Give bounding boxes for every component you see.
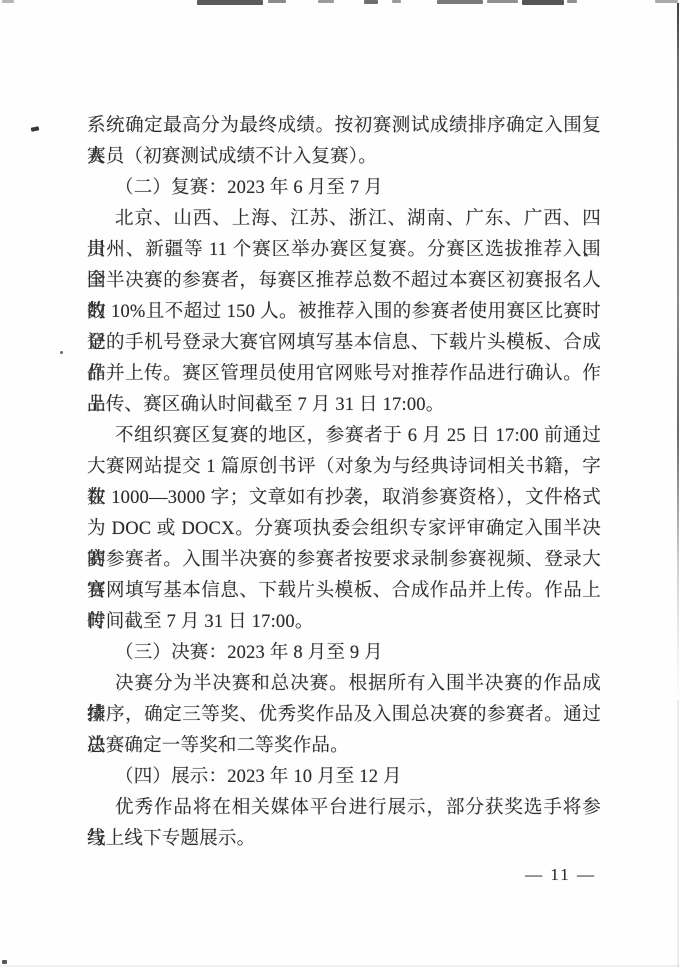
scan-artifact-top-smudge bbox=[2, 0, 14, 3]
text-line: 北京、山西、上海、江苏、浙江、湖南、广东、广西、四川、 bbox=[87, 204, 601, 235]
scan-artifact-right-edge-line bbox=[677, 700, 679, 967]
scan-artifact-ink-speck bbox=[2, 960, 7, 964]
page-number: — 11 — bbox=[525, 862, 596, 888]
text-line: 系统确定最高分为最终成绩。按初赛测试成绩排序确定入围复赛 bbox=[87, 111, 601, 142]
scan-artifact-top-smudge bbox=[318, 0, 334, 3]
scan-artifact-top-smudge bbox=[487, 0, 518, 3]
text-line: 的参赛者。入围半决赛的参赛者按要求录制参赛视频、登录大赛 bbox=[87, 545, 601, 576]
scan-artifact-right-edge-line bbox=[677, 3, 679, 703]
text-line: 决赛确定一等奖和二等奖作品。 bbox=[87, 731, 601, 762]
scan-artifact-top-smudge bbox=[522, 0, 564, 5]
text-line: 决赛分为半决赛和总决赛。根据所有入围半决赛的作品成绩 bbox=[87, 669, 601, 700]
scan-artifact-top-smudge bbox=[268, 0, 286, 3]
text-line: 贵州、新疆等 11 个赛区举办赛区复赛。分赛区选拔推荐入围全 bbox=[87, 235, 601, 266]
text-line: 大赛网站提交 1 篇原创书评（对象为与经典诗词相关书籍，字数 bbox=[87, 452, 601, 483]
text-block: 系统确定最高分为最终成绩。按初赛测试成绩排序确定入围复赛人员（初赛测试成绩不计入… bbox=[87, 111, 601, 855]
document-page: 系统确定最高分为最终成绩。按初赛测试成绩排序确定入围复赛人员（初赛测试成绩不计入… bbox=[0, 0, 680, 967]
scan-artifact-top-smudge bbox=[567, 0, 577, 3]
text-line: 官网填写基本信息、下载片头模板、合成作品并上传。作品上传 bbox=[87, 576, 601, 607]
text-line: 不组织赛区复赛的地区，参赛者于 6 月 25 日 17:00 前通过 bbox=[87, 421, 601, 452]
text-line: 排序，确定三等奖、优秀奖作品及入围总决赛的参赛者。通过总 bbox=[87, 700, 601, 731]
scan-artifact-top-smudge bbox=[655, 0, 678, 3]
scan-artifact-top-smudge bbox=[364, 0, 378, 4]
text-line: 线上线下专题展示。 bbox=[87, 824, 601, 855]
text-line: （二）复赛：2023 年 6 月至 7 月 bbox=[87, 173, 601, 204]
text-line: 记的手机号登录大赛官网填写基本信息、下载片头模板、合成作 bbox=[87, 328, 601, 359]
text-line: 在 1000—3000 字；文章如有抄袭，取消参赛资格），文件格式 bbox=[87, 483, 601, 514]
text-line: 优秀作品将在相关媒体平台进行展示，部分获奖选手将参与 bbox=[87, 793, 601, 824]
text-line: 国半决赛的参赛者，每赛区推荐总数不超过本赛区初赛报名人数 bbox=[87, 266, 601, 297]
text-line: 为 DOC 或 DOCX。分赛项执委会组织专家评审确定入围半决赛 bbox=[87, 514, 601, 545]
text-line: 上传、赛区确认时间截至 7 月 31 日 17:00。 bbox=[87, 390, 601, 421]
scan-artifact-ink-speck bbox=[60, 351, 63, 354]
text-line: （三）决赛：2023 年 8 月至 9 月 bbox=[87, 638, 601, 669]
scan-artifact-ink-mark bbox=[31, 126, 40, 132]
text-line: 品并上传。赛区管理员使用官网账号对推荐作品进行确认。作品 bbox=[87, 359, 601, 390]
scan-artifact-top-smudge bbox=[197, 0, 263, 5]
text-line: 的 10%且不超过 150 人。被推荐入围的参赛者使用赛区比赛时登 bbox=[87, 297, 601, 328]
scan-artifact-top-smudge bbox=[437, 0, 483, 4]
text-line: 人员（初赛测试成绩不计入复赛）。 bbox=[87, 142, 601, 173]
scan-artifact-top-smudge bbox=[392, 0, 401, 3]
text-line: 时间截至 7 月 31 日 17:00。 bbox=[87, 607, 601, 638]
text-line: （四）展示：2023 年 10 月至 12 月 bbox=[87, 762, 601, 793]
